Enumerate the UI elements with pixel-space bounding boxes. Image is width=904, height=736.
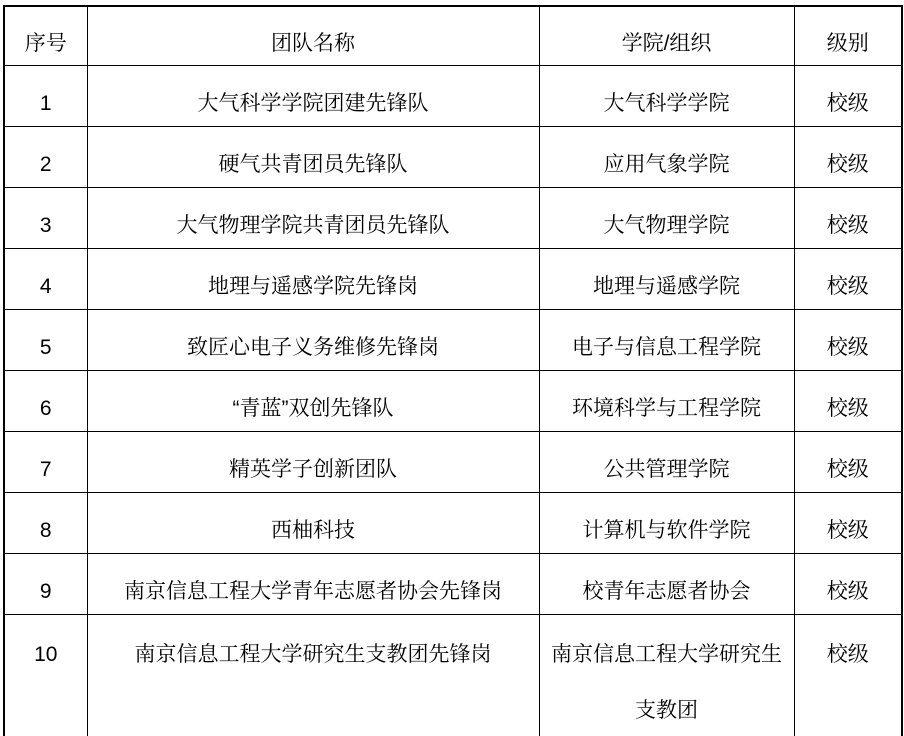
- cell-org: 地理与遥感学院: [539, 248, 794, 309]
- cell-level: 校级: [794, 614, 902, 736]
- cell-row-number: 10: [4, 614, 87, 736]
- cell-team-name: 致匠心电子义务维修先锋岗: [87, 309, 539, 370]
- table-row: 9 南京信息工程大学青年志愿者协会先锋岗 校青年志愿者协会 校级: [4, 553, 902, 614]
- cell-org: 环境科学与工程学院: [539, 370, 794, 431]
- cell-team-name: 硬气共青团员先锋队: [87, 126, 539, 187]
- cell-org: 校青年志愿者协会: [539, 553, 794, 614]
- cell-level: 校级: [794, 126, 902, 187]
- cell-team-name: 地理与遥感学院先锋岗: [87, 248, 539, 309]
- cell-row-number: 1: [4, 65, 87, 126]
- cell-level: 校级: [794, 187, 902, 248]
- header-row: 序号 团队名称 学院/组织 级别: [4, 6, 902, 65]
- cell-row-number: 4: [4, 248, 87, 309]
- cell-org: 大气物理学院: [539, 187, 794, 248]
- cell-team-name: 大气物理学院共青团员先锋队: [87, 187, 539, 248]
- table-row: 2 硬气共青团员先锋队 应用气象学院 校级: [4, 126, 902, 187]
- cell-team-name: 大气科学学院团建先锋队: [87, 65, 539, 126]
- cell-row-number: 6: [4, 370, 87, 431]
- table-row: 8 西柚科技 计算机与软件学院 校级: [4, 492, 902, 553]
- cell-org: 公共管理学院: [539, 431, 794, 492]
- table-row: 10 南京信息工程大学研究生支教团先锋岗 南京信息工程大学研究生支教团 校级: [4, 614, 902, 736]
- column-header-team-name: 团队名称: [87, 6, 539, 65]
- cell-row-number: 7: [4, 431, 87, 492]
- table-row: 1 大气科学学院团建先锋队 大气科学学院 校级: [4, 65, 902, 126]
- table-row: 3 大气物理学院共青团员先锋队 大气物理学院 校级: [4, 187, 902, 248]
- cell-level: 校级: [794, 553, 902, 614]
- cell-team-name: 南京信息工程大学研究生支教团先锋岗: [87, 614, 539, 736]
- cell-row-number: 9: [4, 553, 87, 614]
- cell-level: 校级: [794, 248, 902, 309]
- cell-team-name: 西柚科技: [87, 492, 539, 553]
- table-row: 5 致匠心电子义务维修先锋岗 电子与信息工程学院 校级: [4, 309, 902, 370]
- cell-row-number: 3: [4, 187, 87, 248]
- cell-row-number: 2: [4, 126, 87, 187]
- cell-org: 大气科学学院: [539, 65, 794, 126]
- table-row: 4 地理与遥感学院先锋岗 地理与遥感学院 校级: [4, 248, 902, 309]
- cell-level: 校级: [794, 492, 902, 553]
- column-header-org: 学院/组织: [539, 6, 794, 65]
- cell-org: 电子与信息工程学院: [539, 309, 794, 370]
- column-header-number: 序号: [4, 6, 87, 65]
- cell-team-name: 南京信息工程大学青年志愿者协会先锋岗: [87, 553, 539, 614]
- table-row: 6 “青蓝”双创先锋队 环境科学与工程学院 校级: [4, 370, 902, 431]
- table-row: 7 精英学子创新团队 公共管理学院 校级: [4, 431, 902, 492]
- cell-row-number: 5: [4, 309, 87, 370]
- cell-row-number: 8: [4, 492, 87, 553]
- teams-table: 序号 团队名称 学院/组织 级别 1 大气科学学院团建先锋队 大气科学学院 校级…: [3, 5, 903, 736]
- cell-team-name: “青蓝”双创先锋队: [87, 370, 539, 431]
- cell-level: 校级: [794, 370, 902, 431]
- cell-team-name: 精英学子创新团队: [87, 431, 539, 492]
- cell-level: 校级: [794, 431, 902, 492]
- cell-org: 应用气象学院: [539, 126, 794, 187]
- column-header-level: 级别: [794, 6, 902, 65]
- cell-level: 校级: [794, 65, 902, 126]
- cell-org: 计算机与软件学院: [539, 492, 794, 553]
- cell-level: 校级: [794, 309, 902, 370]
- cell-org: 南京信息工程大学研究生支教团: [539, 614, 794, 736]
